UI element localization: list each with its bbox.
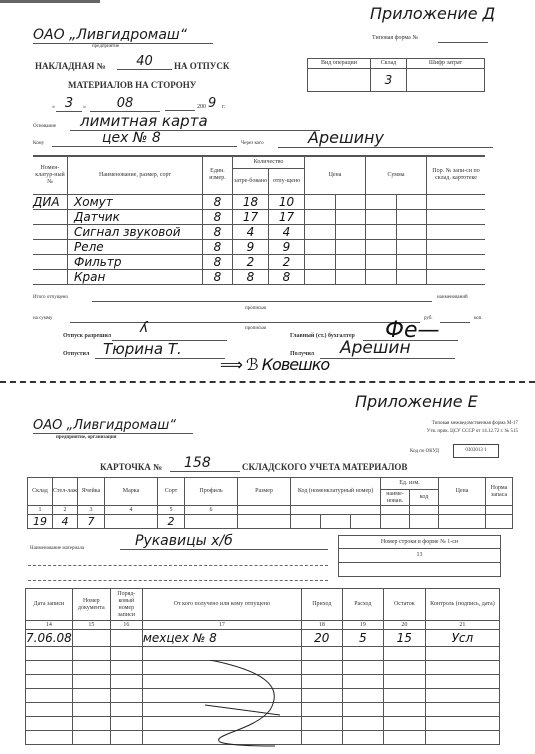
empty-cell (305, 194, 336, 209)
in-words-caption-1: прописью (245, 306, 266, 311)
empty-cell (396, 194, 427, 209)
cell-unit: 8 (203, 269, 233, 284)
cell-released: 4 (269, 224, 305, 239)
line-number-box: Номер строки в форме № 1-сн 13 (338, 535, 501, 577)
record-in (301, 661, 342, 675)
cell-requested: 4 (233, 224, 269, 239)
ops-header-cost-code: Шифр затрат (407, 59, 485, 69)
record-control (425, 703, 499, 717)
col-name: Наименование, размер, сорт (68, 156, 203, 194)
card-organization-name: ОАО „Ливгидромаш“ (33, 418, 193, 434)
record-out (342, 703, 383, 717)
num-1: 1 (28, 506, 53, 515)
empty-cell (366, 224, 397, 239)
record-date (26, 675, 73, 689)
hdr-unit: Ед. изм. (381, 478, 439, 490)
organization-caption: предприятие (92, 44, 119, 49)
empty-cell (427, 224, 486, 239)
hdr-warehouse: Склад (28, 478, 53, 506)
cell-name: Хомут (68, 194, 203, 209)
cell-released: 17 (269, 209, 305, 224)
empty-cell (396, 254, 427, 269)
empty-cell (366, 239, 397, 254)
record-control (425, 675, 499, 689)
rec-num-21: 21 (425, 621, 499, 630)
empty-cell (335, 194, 366, 209)
ops-header-warehouse: Склад (371, 59, 407, 69)
hdr-grade: Сорт (158, 478, 185, 506)
record-row: 7.06.08мехцех № 820515Усл (26, 630, 500, 647)
empty-cell (366, 209, 397, 224)
record-from-to: мехцех № 8 (142, 630, 301, 647)
rec-num-18: 18 (301, 621, 342, 630)
date-day: 3 (56, 96, 82, 112)
card-number: 158 (170, 455, 240, 472)
recipient-label: Кому (33, 141, 44, 146)
hdr-code: Код (номенклатурный номер) (291, 478, 381, 506)
record-control (425, 717, 499, 731)
total-label: Итого отпущено (33, 295, 68, 300)
waybill-row: Реле899 (33, 239, 485, 254)
rec-num-14: 14 (26, 621, 73, 630)
hdr-rack: Стел-лаж (53, 478, 78, 506)
record-out (342, 689, 383, 703)
record-balance (383, 647, 425, 661)
cell-nomen (33, 239, 68, 254)
record-in: 20 (301, 630, 342, 647)
record-date (26, 689, 73, 703)
in-words-caption-2: прописью (245, 326, 266, 331)
num-4: 4 (105, 506, 158, 515)
rec-col-control: Контроль (подпись, дата) (425, 589, 499, 621)
rec-num-17: 17 (142, 621, 301, 630)
empty-cell (335, 254, 366, 269)
rec-col-date: Дата записи (26, 589, 73, 621)
cell-nomen (33, 269, 68, 284)
hdr-cell: Ячейка (78, 478, 105, 506)
rec-col-seq: Поряд-ковый номер записи (110, 589, 142, 621)
cell-nomen: ДИА (33, 194, 68, 209)
col-requested: затре-бовано (233, 168, 269, 194)
allowed-label: Отпуск разрешил (63, 333, 111, 339)
record-doc (72, 630, 110, 647)
cell-released: 2 (269, 254, 305, 269)
cell-name: Датчик (68, 209, 203, 224)
waybill-title-line2: МАТЕРИАЛОВ НА СТОРОНУ (68, 80, 196, 90)
empty-cell (335, 269, 366, 284)
val-cell: 7 (78, 515, 105, 529)
col-unit: Един. измер. (203, 156, 233, 194)
cell-requested: 18 (233, 194, 269, 209)
record-date: 7.06.08 (26, 630, 73, 647)
empty-cell (366, 269, 397, 284)
appendix-e-label: Приложение Е (355, 392, 478, 411)
extra-signature: ⟹ ℬ Ковешко (220, 355, 329, 374)
record-in (301, 717, 342, 731)
received-by-value: Арешин (320, 338, 455, 359)
record-control (425, 731, 499, 745)
hdr-profile: Профиль (185, 478, 238, 506)
typical-form-line-2: Утв. прик. ЦСУ СССР от 14.12.72 г. № 515 (358, 429, 518, 434)
card-organization-caption: предприятие, организация (56, 435, 116, 440)
record-balance (383, 717, 425, 731)
record-balance (383, 731, 425, 745)
record-doc (72, 647, 110, 661)
record-balance (383, 661, 425, 675)
col-card-no: Пор. № запи-си по склад. картотеке (427, 156, 486, 194)
rec-col-from-to: От кого получено или кому отпущено (142, 589, 301, 621)
record-balance (383, 689, 425, 703)
record-seq (110, 661, 142, 675)
val-rack: 4 (53, 515, 78, 529)
okud-code: 0303013 1 (453, 444, 499, 458)
record-row (26, 647, 500, 661)
empty-cell (335, 224, 366, 239)
hdr-unit-code: код (410, 490, 439, 506)
cell-name: Сигнал звуковой (68, 224, 203, 239)
rec-num-20: 20 (383, 621, 425, 630)
record-in (301, 689, 342, 703)
rec-num-19: 19 (342, 621, 383, 630)
line-number-label: Номер строки в форме № 1-сн (339, 536, 501, 549)
released-by-value: Тюрина Т. (95, 340, 225, 359)
sum-label: на сумму (33, 316, 53, 321)
col-price: Цена (305, 156, 366, 194)
card-title-prefix: КАРТОЧКА № (100, 462, 162, 472)
scan-edge (0, 0, 100, 3)
record-balance: 15 (383, 630, 425, 647)
cell-requested: 9 (233, 239, 269, 254)
empty-cell (366, 254, 397, 269)
record-date (26, 703, 73, 717)
typical-form-line-1: Типовая межведомственная форма М-17 (378, 421, 518, 426)
record-out (342, 675, 383, 689)
record-seq (110, 703, 142, 717)
waybill-title-suffix: НА ОТПУСК (174, 61, 229, 71)
record-seq (110, 717, 142, 731)
record-control: Усл (425, 630, 499, 647)
rec-col-doc: Номер документа (72, 589, 110, 621)
record-balance (383, 675, 425, 689)
through-value: Арешину (278, 128, 493, 148)
record-in (301, 731, 342, 745)
hdr-unit-name: наиме-нован. (381, 490, 410, 506)
record-seq (110, 731, 142, 745)
recipient-value: цех № 8 (52, 130, 237, 147)
ops-value-cost-code (407, 69, 485, 92)
record-doc (72, 675, 110, 689)
record-date (26, 717, 73, 731)
typical-form-field (438, 42, 488, 43)
ops-value-type (308, 69, 371, 92)
empty-cell (427, 239, 486, 254)
cell-name: Кран (68, 269, 203, 284)
col-quantity: Количество (233, 156, 305, 168)
hdr-size: Размер (238, 478, 291, 506)
col-nomen: Номен-клатур-ный № (33, 156, 68, 194)
record-control (425, 689, 499, 703)
empty-cell (335, 209, 366, 224)
cell-nomen (33, 224, 68, 239)
waybill-number: 40 (117, 54, 172, 70)
record-doc (72, 717, 110, 731)
record-out (342, 647, 383, 661)
record-doc (72, 689, 110, 703)
date-year-digit: 9 (208, 96, 216, 111)
empty-cell (305, 224, 336, 239)
record-control (425, 661, 499, 675)
record-date (26, 647, 73, 661)
record-seq (110, 647, 142, 661)
record-from-to (142, 647, 301, 661)
col-sum: Сумма (366, 156, 427, 194)
empty-cell (427, 269, 486, 284)
empty-cell (305, 254, 336, 269)
cell-name: Реле (68, 239, 203, 254)
cell-released: 8 (269, 269, 305, 284)
cell-requested: 2 (233, 254, 269, 269)
record-date (26, 661, 73, 675)
material-value: Рукавицы х/б (120, 533, 328, 550)
val-brand (105, 515, 158, 529)
empty-cell (305, 239, 336, 254)
appendix-d-label: Приложение Д (370, 4, 495, 23)
record-in (301, 675, 342, 689)
record-in (301, 703, 342, 717)
val-warehouse: 19 (28, 515, 53, 529)
empty-cell (396, 269, 427, 284)
record-balance (383, 703, 425, 717)
kop-label: коп. (474, 316, 483, 321)
cell-name: Фильтр (68, 254, 203, 269)
hdr-stock-norm: Норма запаса (486, 478, 513, 506)
waybill-table: Номен-клатур-ный № Наименование, размер,… (33, 155, 485, 285)
cell-released: 10 (269, 194, 305, 209)
hdr-price: Цена (439, 478, 486, 506)
rec-col-out: Расход (342, 589, 383, 621)
cell-requested: 17 (233, 209, 269, 224)
rec-num-15: 15 (72, 621, 110, 630)
card-title-suffix: СКЛАДСКОГО УЧЕТА МАТЕРИАЛОВ (242, 462, 407, 472)
cell-unit: 8 (203, 224, 233, 239)
waybill-row: Кран888 (33, 269, 485, 284)
empty-cell (305, 269, 336, 284)
record-date (26, 731, 73, 745)
waybill-row: Датчик81717 (33, 209, 485, 224)
record-out (342, 717, 383, 731)
waybill-row: Сигнал звуковой844 (33, 224, 485, 239)
typical-form-label: Типовая форма № (372, 35, 418, 41)
line-number-value: 13 (339, 549, 501, 563)
operations-table: Вид операции Склад Шифр затрат 3 (307, 58, 485, 92)
cell-unit: 8 (203, 239, 233, 254)
cell-requested: 8 (233, 269, 269, 284)
empty-cell (396, 239, 427, 254)
rec-num-16: 16 (110, 621, 142, 630)
empty-cell (427, 254, 486, 269)
items-label: наименований (437, 295, 468, 300)
record-doc (72, 731, 110, 745)
empty-cell (427, 209, 486, 224)
empty-cell (335, 239, 366, 254)
empty-cell (427, 194, 486, 209)
record-doc (72, 703, 110, 717)
released-label: Отпустил (63, 351, 89, 357)
page-separator (0, 381, 535, 383)
record-in (301, 647, 342, 661)
material-label: Наименование материала (30, 546, 84, 551)
cell-unit: 8 (203, 209, 233, 224)
record-seq (110, 630, 142, 647)
record-out: 5 (342, 630, 383, 647)
waybill-title-prefix: НАКЛАДНАЯ № (35, 61, 106, 71)
cell-unit: 8 (203, 254, 233, 269)
allowed-signature: ʎ (140, 320, 148, 336)
record-seq (110, 675, 142, 689)
record-doc (72, 661, 110, 675)
empty-cell (366, 194, 397, 209)
record-out (342, 661, 383, 675)
cell-nomen (33, 209, 68, 224)
date-year-suffix: г. (222, 104, 225, 110)
num-3: 3 (78, 506, 105, 515)
date-year-prefix: 200 (197, 104, 206, 110)
through-label: Через кого (241, 141, 264, 146)
card-header-table: Склад Стел-лаж Ячейка Марка Сорт Профиль… (27, 477, 513, 529)
ops-value-warehouse: 3 (371, 69, 407, 92)
cell-unit: 8 (203, 194, 233, 209)
num-6: 6 (185, 506, 238, 515)
waybill-row: Фильтр822 (33, 254, 485, 269)
organization-name: ОАО „Ливгидромаш“ (33, 27, 213, 44)
empty-cell (396, 209, 427, 224)
val-grade: 2 (158, 515, 185, 529)
rec-col-balance: Остаток (383, 589, 425, 621)
empty-cell (305, 209, 336, 224)
num-2: 2 (53, 506, 78, 515)
hdr-brand: Марка (105, 478, 158, 506)
rec-col-in: Приход (301, 589, 342, 621)
num-5: 5 (158, 506, 185, 515)
record-control (425, 647, 499, 661)
ops-header-type: Вид операции (308, 59, 371, 69)
cell-nomen (33, 254, 68, 269)
empty-cell (396, 224, 427, 239)
cell-released: 9 (269, 239, 305, 254)
waybill-row: ДИАХомут81810 (33, 194, 485, 209)
basis-label: Основание (33, 124, 56, 129)
date-month: 08 (90, 96, 160, 112)
col-released: отпу-щено (269, 168, 305, 194)
strike-through-z-mark (200, 660, 300, 750)
okud-label: Код по ОКУД (410, 449, 439, 454)
record-out (342, 731, 383, 745)
record-seq (110, 689, 142, 703)
